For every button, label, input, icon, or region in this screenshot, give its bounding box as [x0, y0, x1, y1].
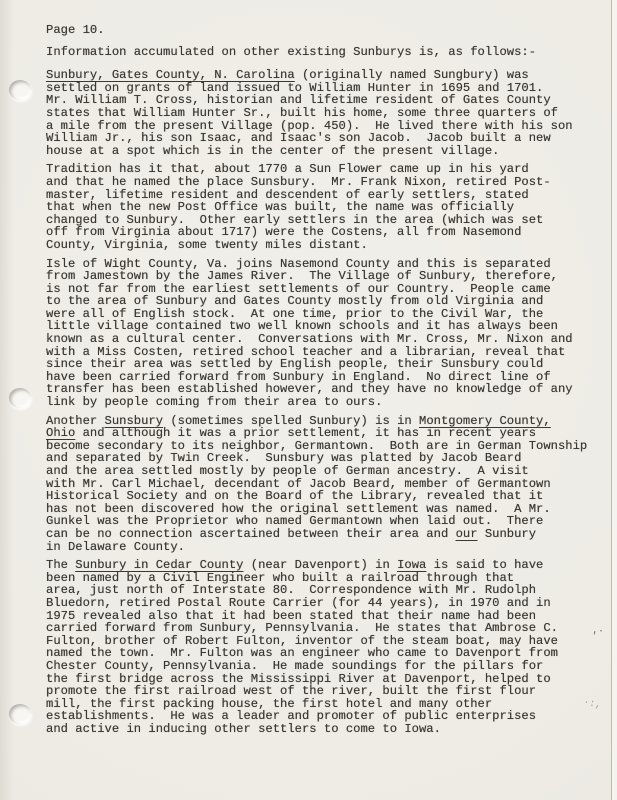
- text-line: link by people coming from their area to…: [46, 396, 602, 409]
- text-line: to the area of Sunbury and Gates County …: [46, 295, 602, 308]
- text-line: Chester County, Pennsylvania. He made so…: [46, 660, 602, 673]
- intro-line: Information accumulated on other existin…: [46, 46, 602, 59]
- paragraph: Tradition has it that, about 1770 a Sun …: [46, 163, 602, 251]
- punch-hole: [9, 388, 31, 408]
- text-line: carried forward from Sunbury, Pennsylvan…: [46, 622, 602, 635]
- text-segment: Sunbury: [478, 527, 537, 541]
- text-line: promote the first railroad west of the r…: [46, 685, 602, 698]
- punch-hole: [9, 80, 31, 100]
- text-line: and that he named the place Sunsbury. Mr…: [46, 176, 602, 189]
- text-line: states that William Hunter Sr., built hi…: [46, 107, 602, 120]
- text-line: establishments. He was a leader and prom…: [46, 710, 602, 723]
- paper-edge-line: [611, 0, 612, 800]
- scanned-page: Page 10. Information accumulated on othe…: [0, 0, 617, 800]
- text-line: and the area settled mostly by people of…: [46, 465, 602, 478]
- paragraph: Sunbury, Gates County, N. Carolina (orig…: [46, 69, 602, 157]
- text-line: Historical Society and on the Board of t…: [46, 490, 602, 503]
- paragraphs-container: Sunbury, Gates County, N. Carolina (orig…: [46, 69, 602, 735]
- text-line: since their area was settled by English …: [46, 358, 602, 371]
- text-segment: can be no connection ascertained between…: [46, 527, 456, 541]
- text-line: from Jamestown by the James River. The V…: [46, 270, 602, 283]
- text-line: in Delaware County.: [46, 541, 602, 554]
- text-line: known as a cultural center. Conversation…: [46, 333, 602, 346]
- text-line: can be no connection ascertained between…: [46, 528, 602, 541]
- text-line: The Sunbury in Cedar County (near Davenp…: [46, 559, 602, 572]
- text-line: Sunbury, Gates County, N. Carolina (orig…: [46, 69, 602, 82]
- text-line: County, Virginia, some twenty miles dist…: [46, 239, 602, 252]
- paragraph: The Sunbury in Cedar County (near Davenp…: [46, 559, 602, 735]
- underlined-text: our: [456, 527, 478, 541]
- text-line: Ohio and although it was a prior settlem…: [46, 427, 602, 440]
- paragraph: Isle of Wight County, Va. joins Nasemond…: [46, 258, 602, 409]
- text-line: and active in inducing other settlers to…: [46, 723, 602, 736]
- text-line: Bluedorn, retired Postal Route Carrier (…: [46, 597, 602, 610]
- document-body: Page 10. Information accumulated on othe…: [46, 24, 602, 741]
- paragraph: Another Sunsbury (sometimes spelled Sunb…: [46, 415, 602, 554]
- page-number-label: Page 10.: [46, 24, 602, 37]
- ink-mark: ,.: [591, 625, 605, 637]
- scan-background-strip: [612, 0, 617, 800]
- text-line: William Jr., his son Isaac, and Isaac's …: [46, 132, 602, 145]
- text-line: that when the new Post Office was built,…: [46, 201, 602, 214]
- punch-hole: [9, 704, 31, 724]
- text-line: house at a spot which is in the center o…: [46, 145, 602, 158]
